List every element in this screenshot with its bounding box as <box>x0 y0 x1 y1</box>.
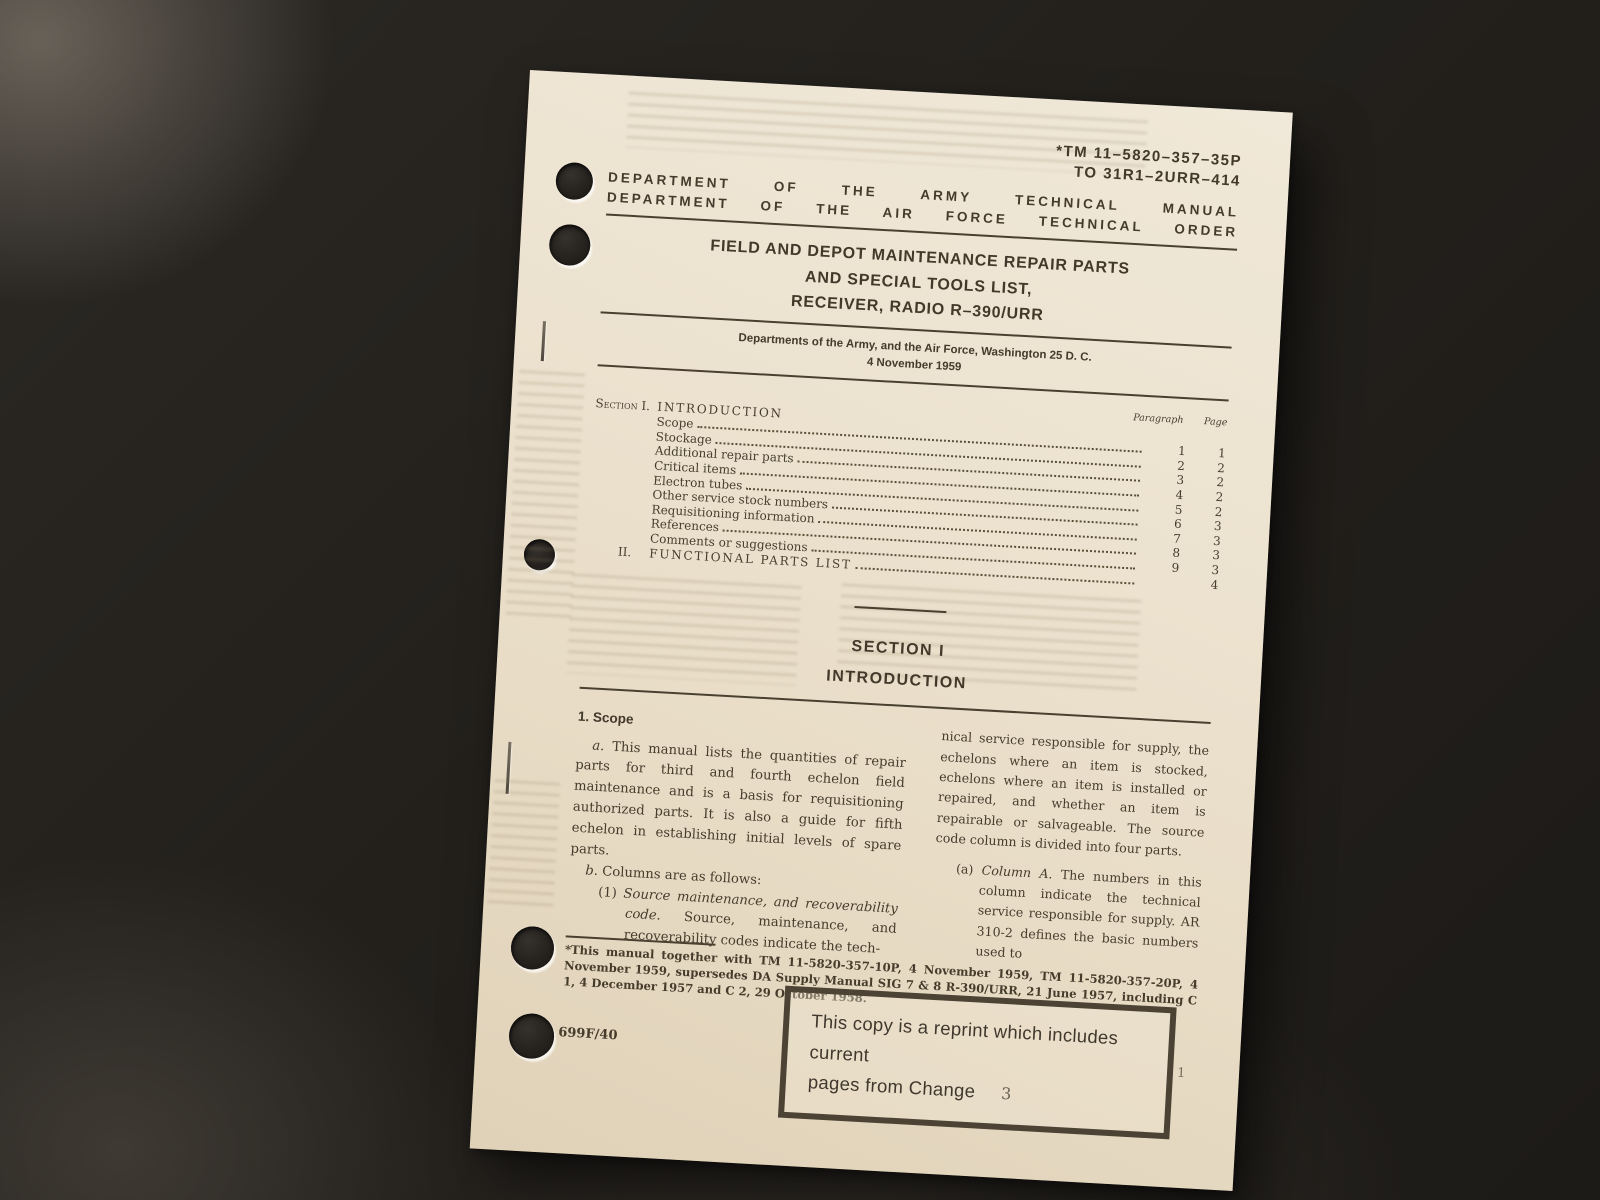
section-divider-rule <box>854 606 946 613</box>
change-number: 3 <box>1000 1081 1012 1108</box>
manual-page: *TM 11–5820–357–35P TO 31R1–2URR–414 DEP… <box>470 70 1293 1191</box>
left-column: 1. Scope a. This manual lists the quanti… <box>565 706 908 962</box>
photo-background: *TM 11–5820–357–35P TO 31R1–2URR–414 DEP… <box>0 0 1600 1200</box>
toc-paragraph-header: Paragraph <box>1121 412 1184 426</box>
table-of-contents: Paragraph Page Section I. INTRODUCTION S… <box>587 383 1228 593</box>
two-column-body: 1. Scope a. This manual lists the quanti… <box>565 706 1209 979</box>
paragraph-a: a. This manual lists the quantities of r… <box>570 735 906 878</box>
punch-hole <box>508 1012 555 1059</box>
stamp-line-2: pages from Change <box>807 1071 976 1101</box>
right-column: nical service responsible for supply, th… <box>929 726 1210 979</box>
toc-page-header: Page <box>1183 415 1228 428</box>
stamp-line-1: This copy is a reprint which includes cu… <box>809 1010 1119 1065</box>
page-number: 1 <box>1177 1066 1186 1081</box>
right-column-continuation: nical service responsible for supply, th… <box>935 726 1209 863</box>
paragraph-column-a: (a) Column A. The numbers in this column… <box>929 857 1202 974</box>
page-content: *TM 11–5820–357–35P TO 31R1–2URR–414 DEP… <box>481 70 1292 981</box>
reprint-stamp: This copy is a reprint which includes cu… <box>778 986 1177 1139</box>
document-code: 699F/40 <box>558 1025 618 1043</box>
